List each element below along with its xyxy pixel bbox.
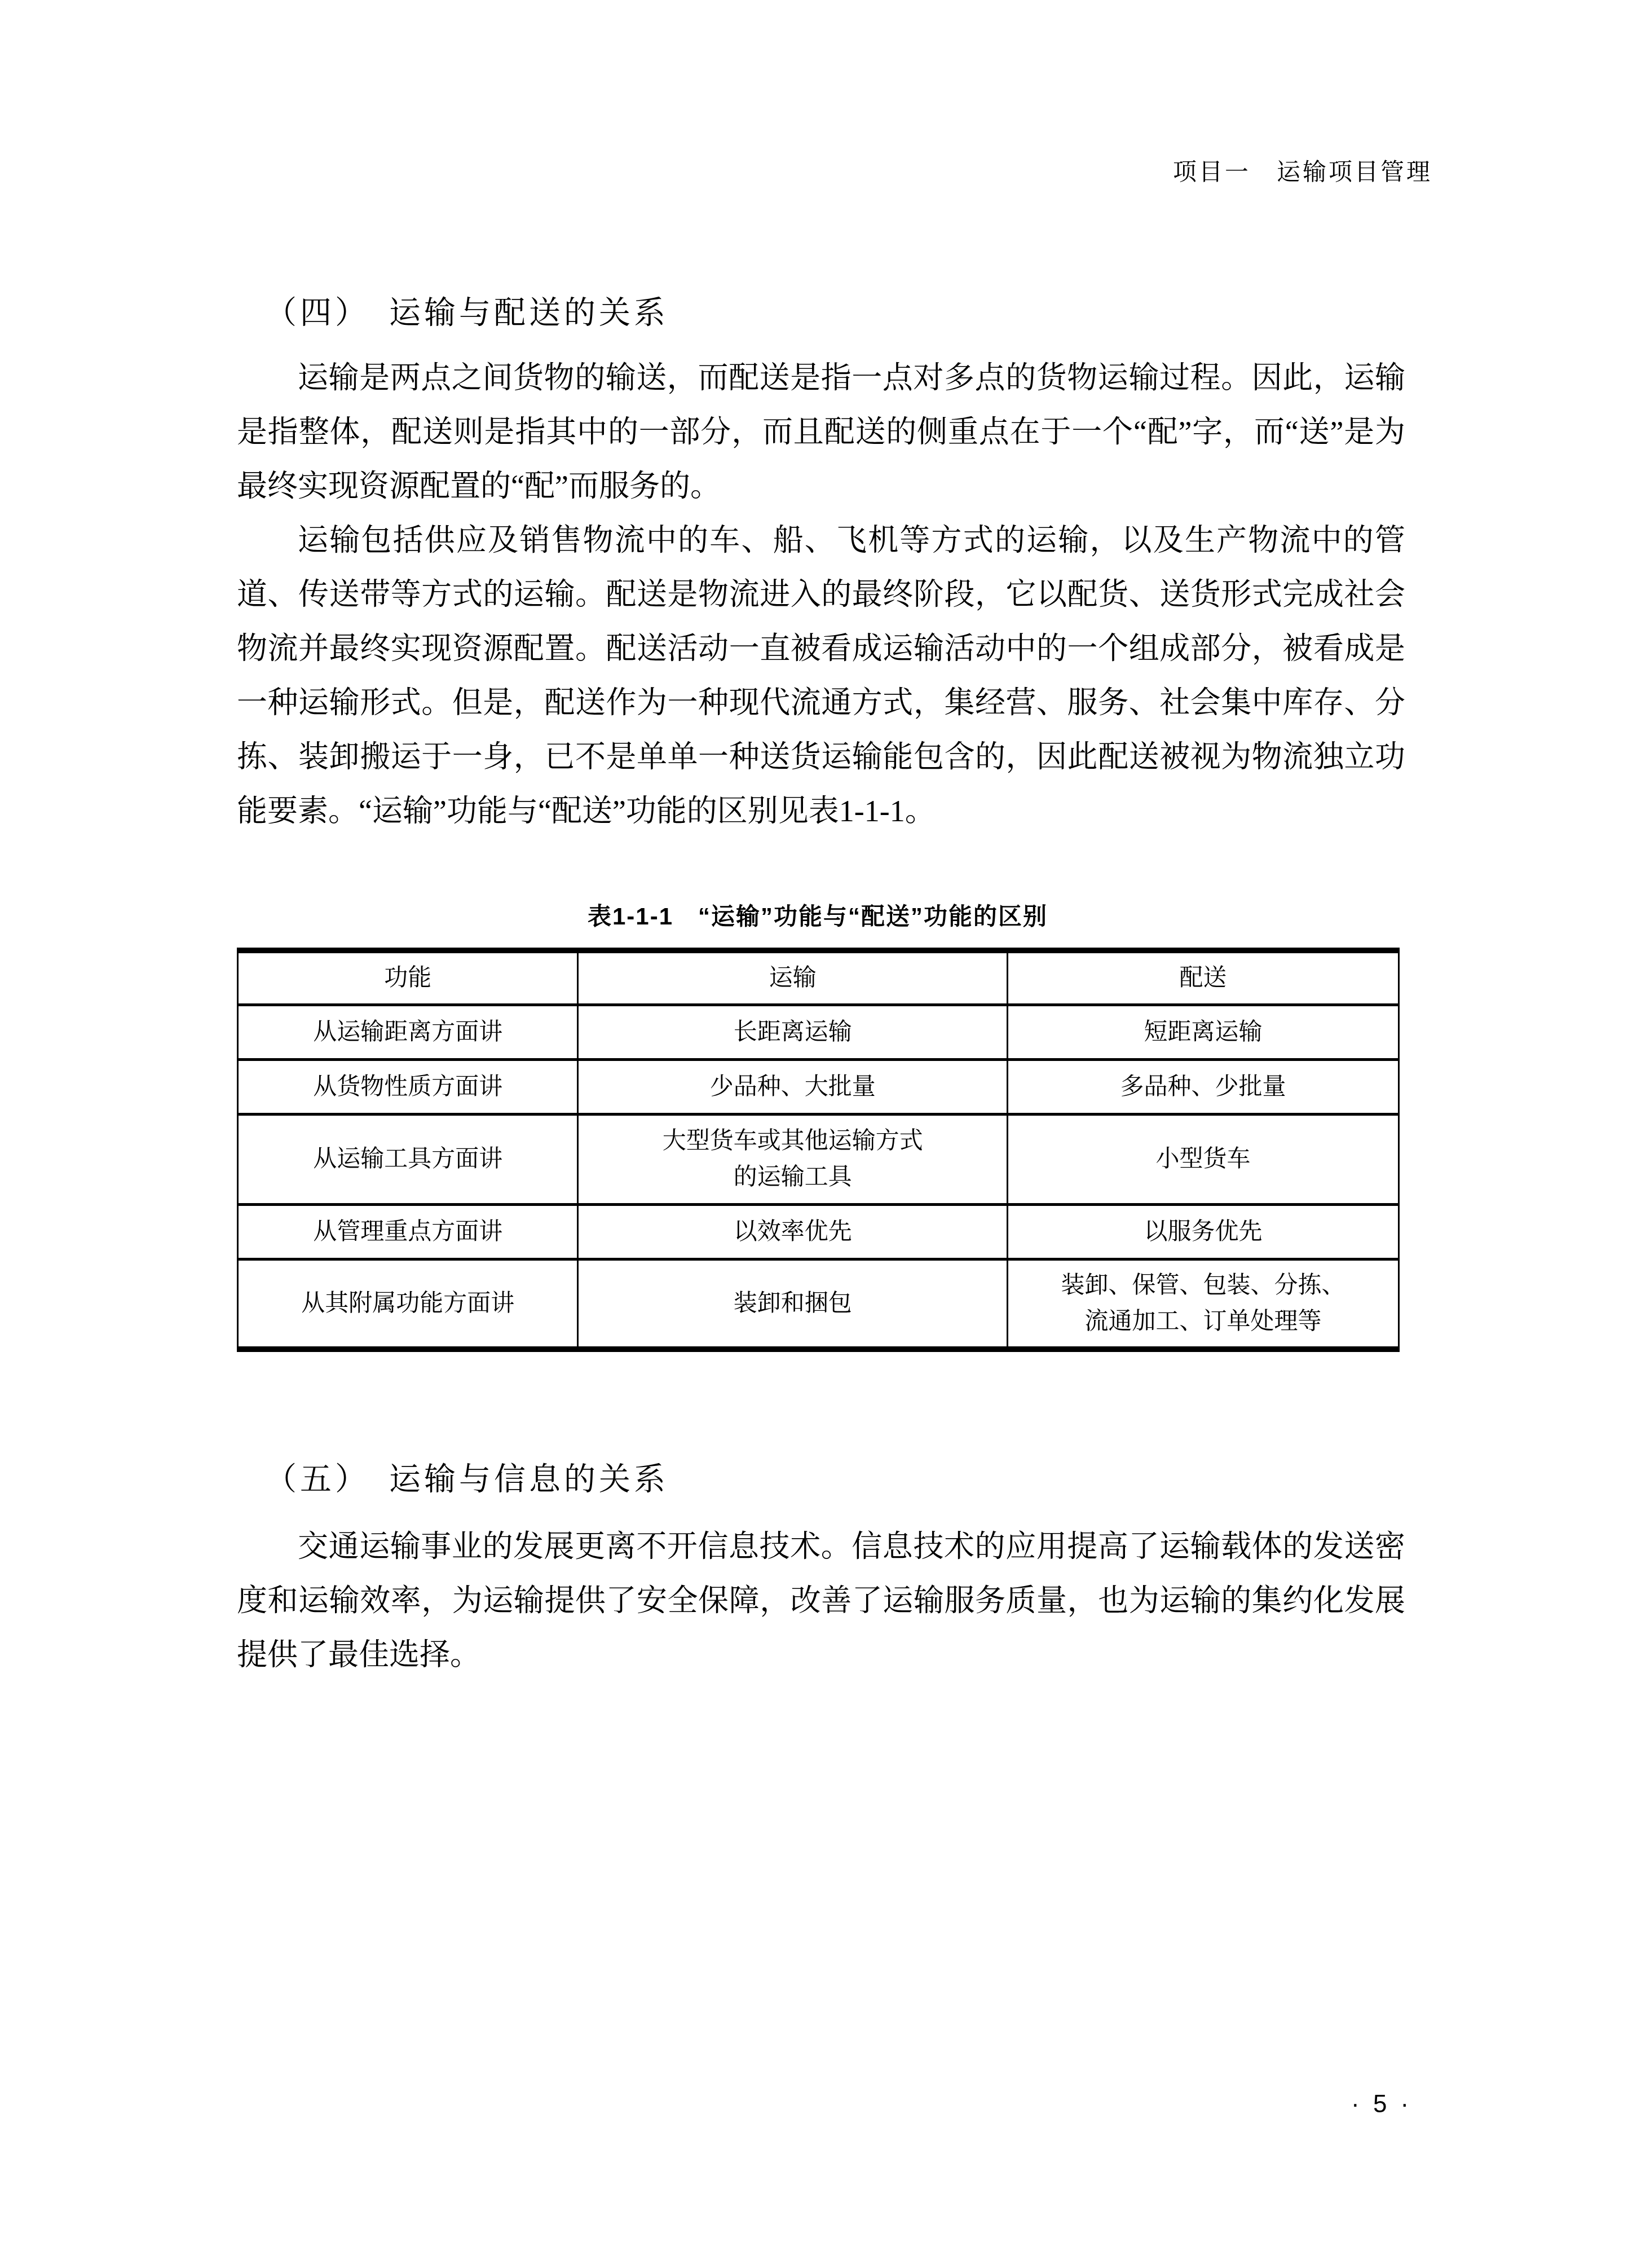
table-row: 从货物性质方面讲 少品种、大批量 多品种、少批量 bbox=[238, 1059, 1399, 1114]
table-cell: 小型货车 bbox=[1008, 1114, 1399, 1204]
section-heading-four: （四） 运输与配送的关系 bbox=[265, 288, 669, 333]
page-number: · 5 · bbox=[1351, 2090, 1412, 2119]
section-four-body: 运输是两点之间货物的输送，而配送是指一点对多点的货物运输过程。因此，运输是指整体… bbox=[237, 351, 1405, 838]
table-cell: 从其附属功能方面讲 bbox=[238, 1259, 578, 1349]
table-cell: 大型货车或其他运输方式 的运输工具 bbox=[578, 1114, 1008, 1204]
table-header-row: 功能 运输 配送 bbox=[238, 950, 1399, 1005]
table-cell: 装卸、保管、包装、分拣、 流通加工、订单处理等 bbox=[1008, 1259, 1399, 1349]
table-cell: 装卸和捆包 bbox=[578, 1259, 1008, 1349]
running-head: 项目一 运输项目管理 bbox=[1173, 153, 1432, 187]
table-row: 从运输距离方面讲 长距离运输 短距离运输 bbox=[238, 1005, 1399, 1059]
table-cell: 多品种、少批量 bbox=[1008, 1059, 1399, 1114]
table-header-cell: 配送 bbox=[1008, 950, 1399, 1005]
table-cell: 从运输工具方面讲 bbox=[238, 1114, 578, 1204]
table-cell: 短距离运输 bbox=[1008, 1005, 1399, 1059]
section-five-body: 交通运输事业的发展更离不开信息技术。信息技术的应用提高了运输载体的发送密度和运输… bbox=[237, 1520, 1405, 1682]
table-row: 从其附属功能方面讲 装卸和捆包 装卸、保管、包装、分拣、 流通加工、订单处理等 bbox=[238, 1259, 1399, 1349]
table-caption: 表1-1-1 “运输”功能与“配送”功能的区别 bbox=[237, 898, 1398, 932]
document-page: 项目一 运输项目管理 （四） 运输与配送的关系 运输是两点之间货物的输送，而配送… bbox=[0, 0, 1628, 2268]
table-cell: 从货物性质方面讲 bbox=[238, 1059, 578, 1114]
paragraph: 运输是两点之间货物的输送，而配送是指一点对多点的货物运输过程。因此，运输是指整体… bbox=[237, 351, 1405, 513]
table-header-cell: 功能 bbox=[238, 950, 578, 1005]
table-cell: 少品种、大批量 bbox=[578, 1059, 1008, 1114]
table-row: 从运输工具方面讲 大型货车或其他运输方式 的运输工具 小型货车 bbox=[238, 1114, 1399, 1204]
section-heading-five: （五） 运输与信息的关系 bbox=[265, 1454, 669, 1499]
table-row: 从管理重点方面讲 以效率优先 以服务优先 bbox=[238, 1204, 1399, 1259]
table-cell: 以效率优先 bbox=[578, 1204, 1008, 1259]
table-cell: 从运输距离方面讲 bbox=[238, 1005, 578, 1059]
comparison-table: 功能 运输 配送 从运输距离方面讲 长距离运输 短距离运输 从货物性质方面讲 少… bbox=[237, 948, 1400, 1352]
table-cell: 以服务优先 bbox=[1008, 1204, 1399, 1259]
table-header-cell: 运输 bbox=[578, 950, 1008, 1005]
table-cell: 从管理重点方面讲 bbox=[238, 1204, 578, 1259]
paragraph: 交通运输事业的发展更离不开信息技术。信息技术的应用提高了运输载体的发送密度和运输… bbox=[237, 1520, 1405, 1682]
paragraph: 运输包括供应及销售物流中的车、船、飞机等方式的运输，以及生产物流中的管道、传送带… bbox=[237, 513, 1405, 838]
table-cell: 长距离运输 bbox=[578, 1005, 1008, 1059]
